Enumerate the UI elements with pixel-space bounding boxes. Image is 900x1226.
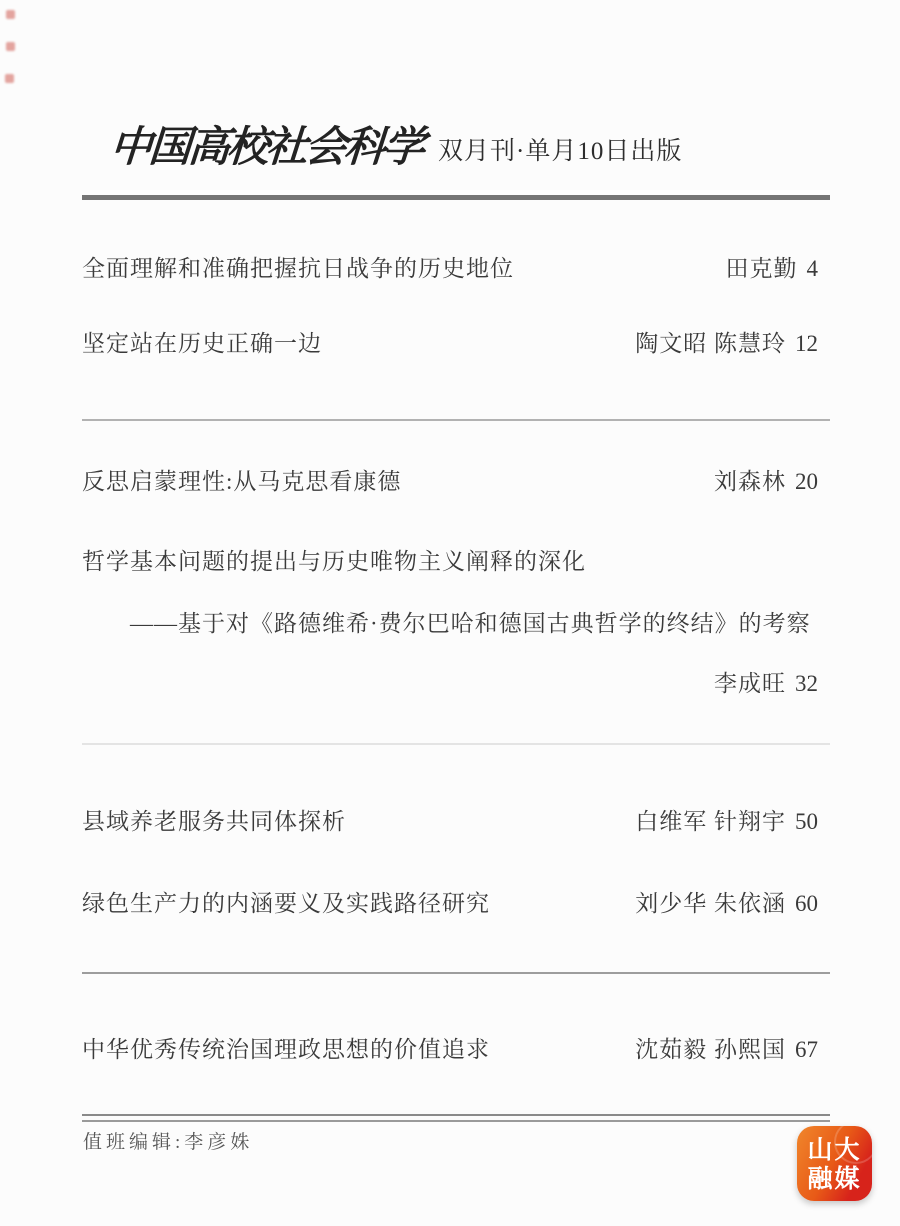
toc-entry-authors: 刘少华 朱依涵 bbox=[635, 891, 786, 916]
toc-entry-title: 中华优秀传统治国理政思想的价值追求 bbox=[82, 1031, 490, 1064]
toc-entry-title: 坚定站在历史正确一边 bbox=[82, 325, 322, 358]
duty-editor-name: 李彦姝 bbox=[184, 1132, 253, 1153]
toc-entry: 绿色生产力的内涵要义及实践路径研究 刘少华 朱依涵60 bbox=[82, 885, 830, 918]
toc-entry-byline: 李成旺32 bbox=[714, 665, 818, 698]
toc-entry-authors: 田克勤 bbox=[726, 256, 798, 281]
divider-section bbox=[82, 419, 830, 421]
divider-footer bbox=[82, 1114, 830, 1122]
toc-entry-page: 20 bbox=[795, 469, 818, 494]
toc-entry-authors: 陶文昭 陈慧玲 bbox=[635, 331, 786, 356]
publication-schedule: 双月刊·单月10日出版 bbox=[438, 131, 682, 174]
toc-entry-title: 反思启蒙理性:从马克思看康德 bbox=[82, 463, 401, 496]
divider-section bbox=[82, 972, 830, 974]
shanda-media-logo: 山大 融媒 bbox=[797, 1126, 872, 1201]
toc-entry-title: 绿色生产力的内涵要义及实践路径研究 bbox=[82, 885, 490, 918]
toc-entry: 坚定站在历史正确一边 陶文昭 陈慧玲12 bbox=[82, 325, 830, 358]
divider-section bbox=[82, 743, 830, 745]
toc-entry-page: 60 bbox=[795, 891, 818, 916]
toc-entry: 反思启蒙理性:从马克思看康德 刘森林20 bbox=[82, 463, 830, 496]
toc-entry-byline: 刘少华 朱依涵60 bbox=[635, 885, 818, 918]
scan-artifact bbox=[5, 74, 14, 83]
toc-entry-authors: 刘森林 bbox=[714, 469, 786, 494]
toc-entry-page: 50 bbox=[795, 809, 818, 834]
toc-entry: 全面理解和准确把握抗日战争的历史地位 田克勤4 bbox=[82, 250, 830, 283]
scan-artifact bbox=[6, 42, 15, 51]
toc-entry-page: 12 bbox=[795, 331, 818, 356]
logo-text-line1: 山大 bbox=[807, 1135, 861, 1164]
toc-entry-authors: 沈茹毅 孙熙国 bbox=[635, 1037, 786, 1062]
journal-toc-page: 中国高校社会科学 双月刊·单月10日出版 全面理解和准确把握抗日战争的历史地位 … bbox=[0, 0, 900, 1226]
toc-entry-page: 32 bbox=[795, 671, 818, 696]
toc-entry-authors: 白维军 针翔宇 bbox=[635, 809, 786, 834]
toc-entry-byline: 沈茹毅 孙熙国67 bbox=[635, 1031, 818, 1064]
toc-entry-byline: 田克勤4 bbox=[726, 250, 819, 283]
toc-entry: 县域养老服务共同体探析 白维军 针翔宇50 bbox=[82, 803, 830, 836]
toc-entry-title: 全面理解和准确把握抗日战争的历史地位 bbox=[82, 250, 514, 283]
toc-entry-byline: 白维军 针翔宇50 bbox=[635, 803, 818, 836]
duty-editor: 值班编辑:李彦姝 bbox=[83, 1127, 253, 1154]
scan-artifact bbox=[6, 10, 15, 19]
toc-entry-page: 67 bbox=[795, 1037, 818, 1062]
toc-entry-byline: 陶文昭 陈慧玲12 bbox=[635, 325, 818, 358]
toc-entry-byline: 刘森林20 bbox=[714, 463, 818, 496]
toc-entry: 哲学基本问题的提出与历史唯物主义阐释的深化 bbox=[82, 543, 830, 576]
duty-editor-label: 值班编辑: bbox=[83, 1132, 184, 1153]
logo-text-line2: 融媒 bbox=[807, 1164, 861, 1193]
toc-entry-subtitle: ——基于对《路德维希·费尔巴哈和德国古典哲学的终结》的考察 bbox=[82, 605, 811, 638]
journal-title: 中国高校社会科学 bbox=[108, 120, 424, 174]
toc-entry-authors: 李成旺 bbox=[714, 671, 786, 696]
toc-entry-page: 4 bbox=[807, 256, 819, 281]
divider-masthead bbox=[82, 195, 830, 200]
toc-entry-subtitle-row: ——基于对《路德维希·费尔巴哈和德国古典哲学的终结》的考察 bbox=[82, 605, 830, 638]
toc-entry-title: 哲学基本问题的提出与历史唯物主义阐释的深化 bbox=[82, 543, 586, 576]
masthead: 中国高校社会科学 双月刊·单月10日出版 bbox=[110, 120, 682, 174]
toc-entry-byline-row: 李成旺32 bbox=[82, 665, 830, 698]
toc-entry: 中华优秀传统治国理政思想的价值追求 沈茹毅 孙熙国67 bbox=[82, 1031, 830, 1064]
toc-entry-title: 县域养老服务共同体探析 bbox=[82, 803, 346, 836]
